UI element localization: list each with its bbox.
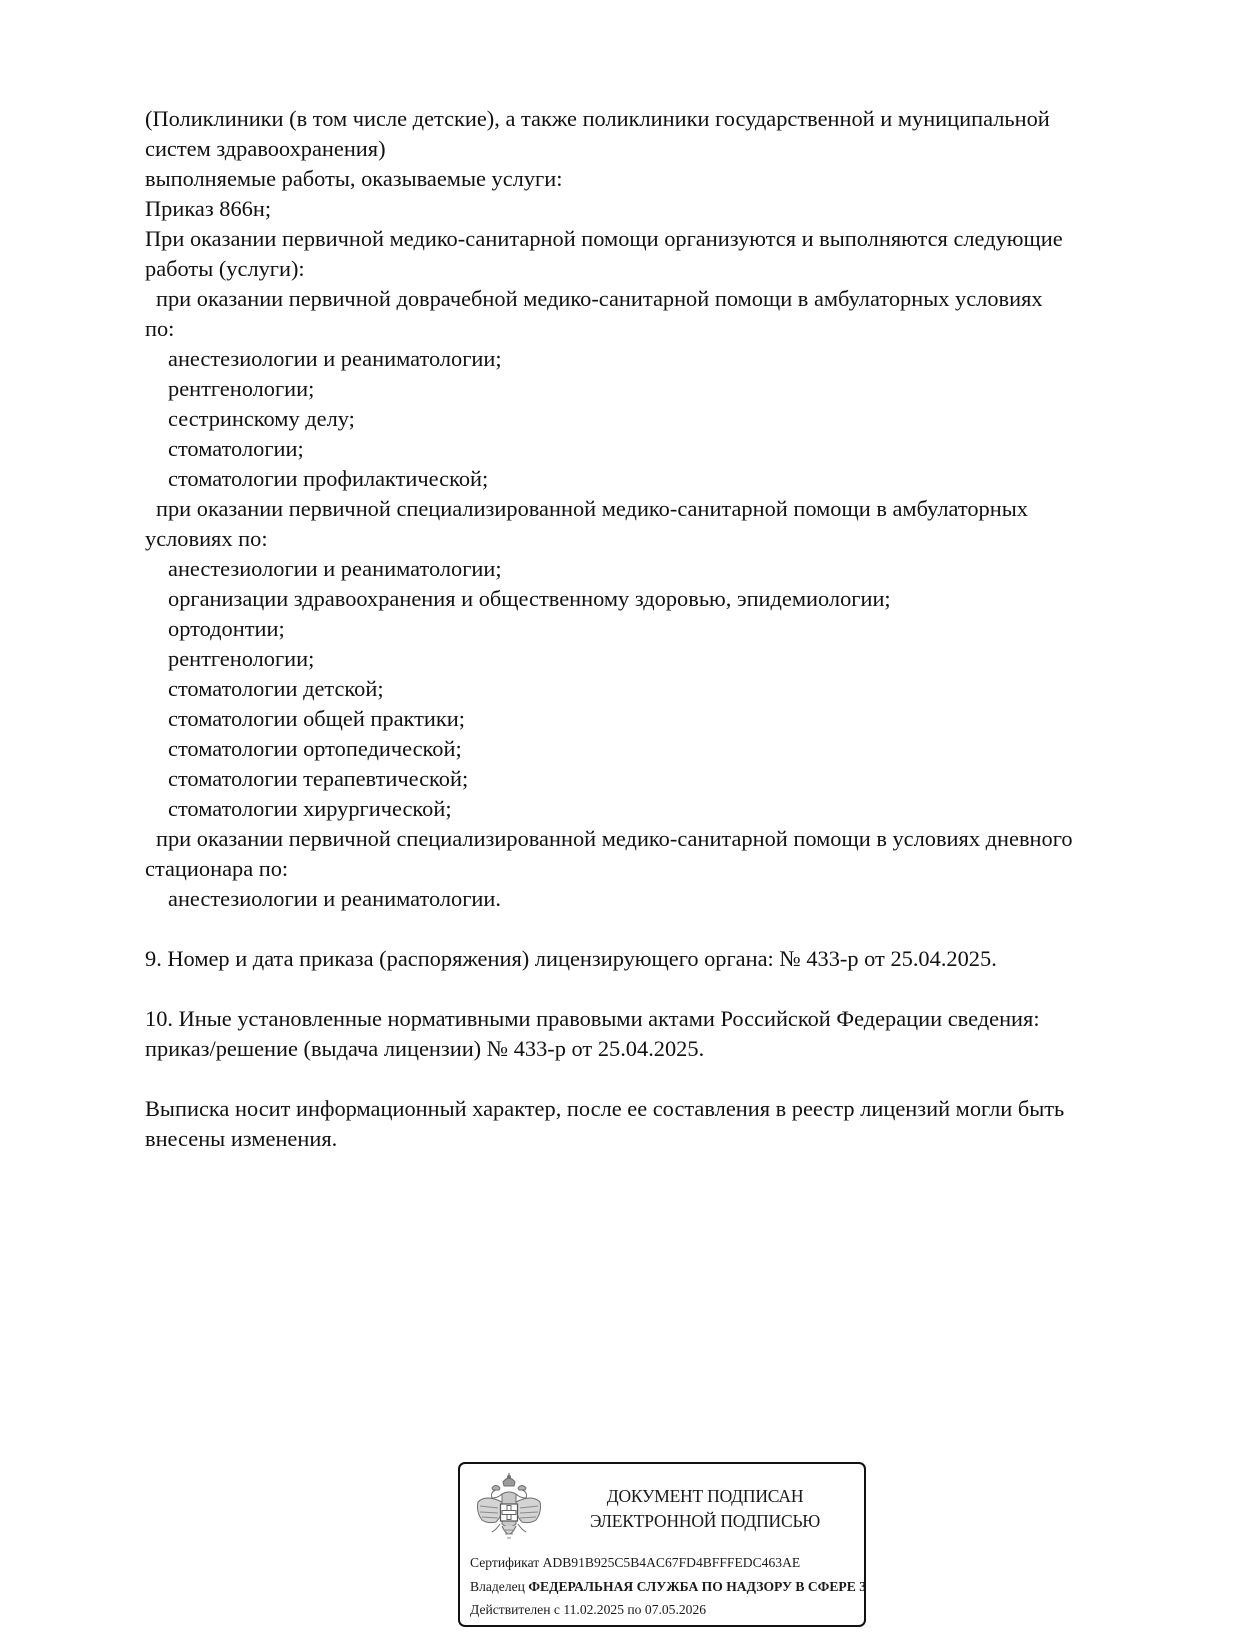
document-line: анестезиологии и реаниматологии;	[145, 554, 1165, 584]
document-line: при оказании первичной специализированно…	[145, 824, 1165, 854]
document-line: (Поликлиники (в том числе детские), а та…	[145, 104, 1165, 134]
document-line: При оказании первичной медико-санитарной…	[145, 224, 1165, 254]
document-line: стоматологии профилактической;	[145, 464, 1165, 494]
blank-line	[145, 1064, 1165, 1094]
owner-label: Владелец	[470, 1579, 525, 1594]
document-line: стоматологии;	[145, 434, 1165, 464]
document-line: стоматологии ортопедической;	[145, 734, 1165, 764]
stamp-info: Сертификат ADB91B925C5B4AC67FD4BFFFEDC46…	[470, 1551, 866, 1622]
electronic-signature-stamp: ДОКУМЕНТ ПОДПИСАН ЭЛЕКТРОННОЙ ПОДПИСЬЮ С…	[458, 1462, 866, 1627]
russian-coat-of-arms-icon	[472, 1472, 546, 1548]
validity-line: Действителен с 11.02.2025 по 07.05.2026	[470, 1598, 866, 1622]
document-line: рентгенологии;	[145, 644, 1165, 674]
owner-value: ФЕДЕРАЛЬНАЯ СЛУЖБА ПО НАДЗОРУ В СФЕРЕ ЗД…	[528, 1579, 866, 1594]
document-body: (Поликлиники (в том числе детские), а та…	[145, 104, 1165, 1154]
document-line: 10. Иные установленные нормативными прав…	[145, 1004, 1165, 1034]
document-line: при оказании первичной доврачебной медик…	[145, 284, 1165, 314]
document-line: Выписка носит информационный характер, п…	[145, 1094, 1165, 1124]
stamp-title-line2: ЭЛЕКТРОННОЙ ПОДПИСЬЮ	[550, 1509, 860, 1534]
document-line: организации здравоохранения и общественн…	[145, 584, 1165, 614]
document-line: рентгенологии;	[145, 374, 1165, 404]
stamp-title: ДОКУМЕНТ ПОДПИСАН ЭЛЕКТРОННОЙ ПОДПИСЬЮ	[550, 1484, 860, 1534]
valid-label: Действителен с	[470, 1602, 560, 1617]
document-line: сестринскому делу;	[145, 404, 1165, 434]
document-line: стоматологии хирургической;	[145, 794, 1165, 824]
owner-line: Владелец ФЕДЕРАЛЬНАЯ СЛУЖБА ПО НАДЗОРУ В…	[470, 1575, 866, 1599]
valid-to: 07.05.2026	[645, 1602, 706, 1617]
document-line: систем здравоохранения)	[145, 134, 1165, 164]
document-line: условиях по:	[145, 524, 1165, 554]
document-line: анестезиологии и реаниматологии.	[145, 884, 1165, 914]
certificate-line: Сертификат ADB91B925C5B4AC67FD4BFFFEDC46…	[470, 1551, 866, 1575]
document-line: Приказ 866н;	[145, 194, 1165, 224]
document-line: при оказании первичной специализированно…	[145, 494, 1165, 524]
document-line: стационара по:	[145, 854, 1165, 884]
certificate-value: ADB91B925C5B4AC67FD4BFFFEDC463AE	[543, 1555, 801, 1570]
document-line: стоматологии детской;	[145, 674, 1165, 704]
document-line: стоматологии терапевтической;	[145, 764, 1165, 794]
document-line: ортодонтии;	[145, 614, 1165, 644]
valid-to-label: по	[627, 1602, 641, 1617]
document-line: 9. Номер и дата приказа (распоряжения) л…	[145, 944, 1165, 974]
stamp-title-line1: ДОКУМЕНТ ПОДПИСАН	[550, 1484, 860, 1509]
document-line: по:	[145, 314, 1165, 344]
blank-line	[145, 974, 1165, 1004]
document-line: приказ/решение (выдача лицензии) № 433-р…	[145, 1034, 1165, 1064]
document-line: внесены изменения.	[145, 1124, 1165, 1154]
certificate-label: Сертификат	[470, 1555, 539, 1570]
document-line: работы (услуги):	[145, 254, 1165, 284]
valid-from: 11.02.2025	[563, 1602, 624, 1617]
blank-line	[145, 914, 1165, 944]
document-line: стоматологии общей практики;	[145, 704, 1165, 734]
document-line: выполняемые работы, оказываемые услуги:	[145, 164, 1165, 194]
document-line: анестезиологии и реаниматологии;	[145, 344, 1165, 374]
